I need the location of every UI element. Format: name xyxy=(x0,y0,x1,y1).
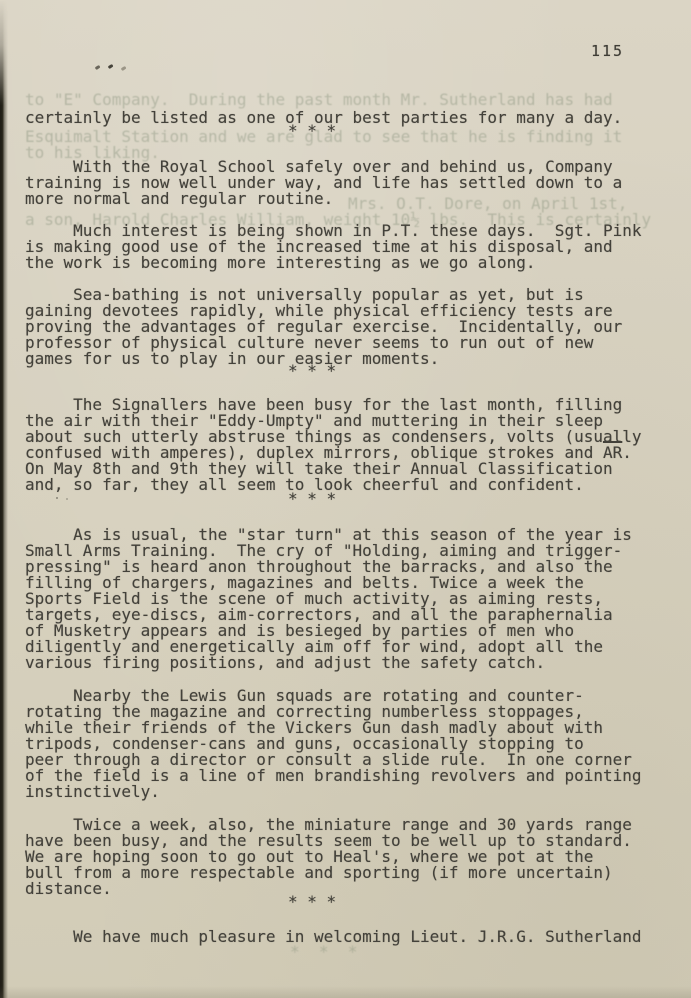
typed-line: instinctively. xyxy=(25,784,642,800)
typed-paragraph: Sea-bathing is not universally popular a… xyxy=(25,287,622,367)
typed-paragraph: Much interest is being shown in P.T. the… xyxy=(25,223,642,271)
page-number: 115 xyxy=(591,44,624,59)
page: 115 to "E" Company. During the past mont… xyxy=(0,0,691,998)
typed-paragraph: With the Royal School safely over and be… xyxy=(25,159,622,207)
typed-line: the work is becoming more interesting as… xyxy=(25,255,642,271)
typed-line: bull from a more respectable and sportin… xyxy=(25,865,632,881)
bleedthrough-text: to "E" Company. During the past month Mr… xyxy=(25,92,613,108)
section-separator: * * * xyxy=(288,491,336,507)
stray-dot xyxy=(66,498,68,500)
typed-paragraph: Nearby the Lewis Gun squads are rotating… xyxy=(25,688,642,800)
page-bottom-shade xyxy=(0,986,691,998)
section-separator: * * * xyxy=(288,363,336,379)
typed-paragraph: Twice a week, also, the miniature range … xyxy=(25,817,632,897)
section-separator: * * * xyxy=(288,123,336,139)
ink-speck xyxy=(121,66,127,71)
typed-paragraph: As is usual, the "star turn" at this sea… xyxy=(25,527,632,671)
typed-line: more normal and regular routine. xyxy=(25,191,622,207)
ink-speck xyxy=(95,65,101,70)
typed-paragraph: We have much pleasure in welcoming Lieut… xyxy=(25,929,642,945)
typed-line: various firing positions, and adjust the… xyxy=(25,655,632,671)
typed-paragraph: The Signallers have been busy for the la… xyxy=(25,397,642,493)
bleedthrough-text: * * * xyxy=(290,944,357,960)
section-separator: * * * xyxy=(288,894,336,910)
typed-line: We have much pleasure in welcoming Lieut… xyxy=(25,929,642,945)
page-gutter-shadow xyxy=(0,0,8,998)
ink-speck xyxy=(108,64,114,69)
stray-dot xyxy=(56,497,58,499)
